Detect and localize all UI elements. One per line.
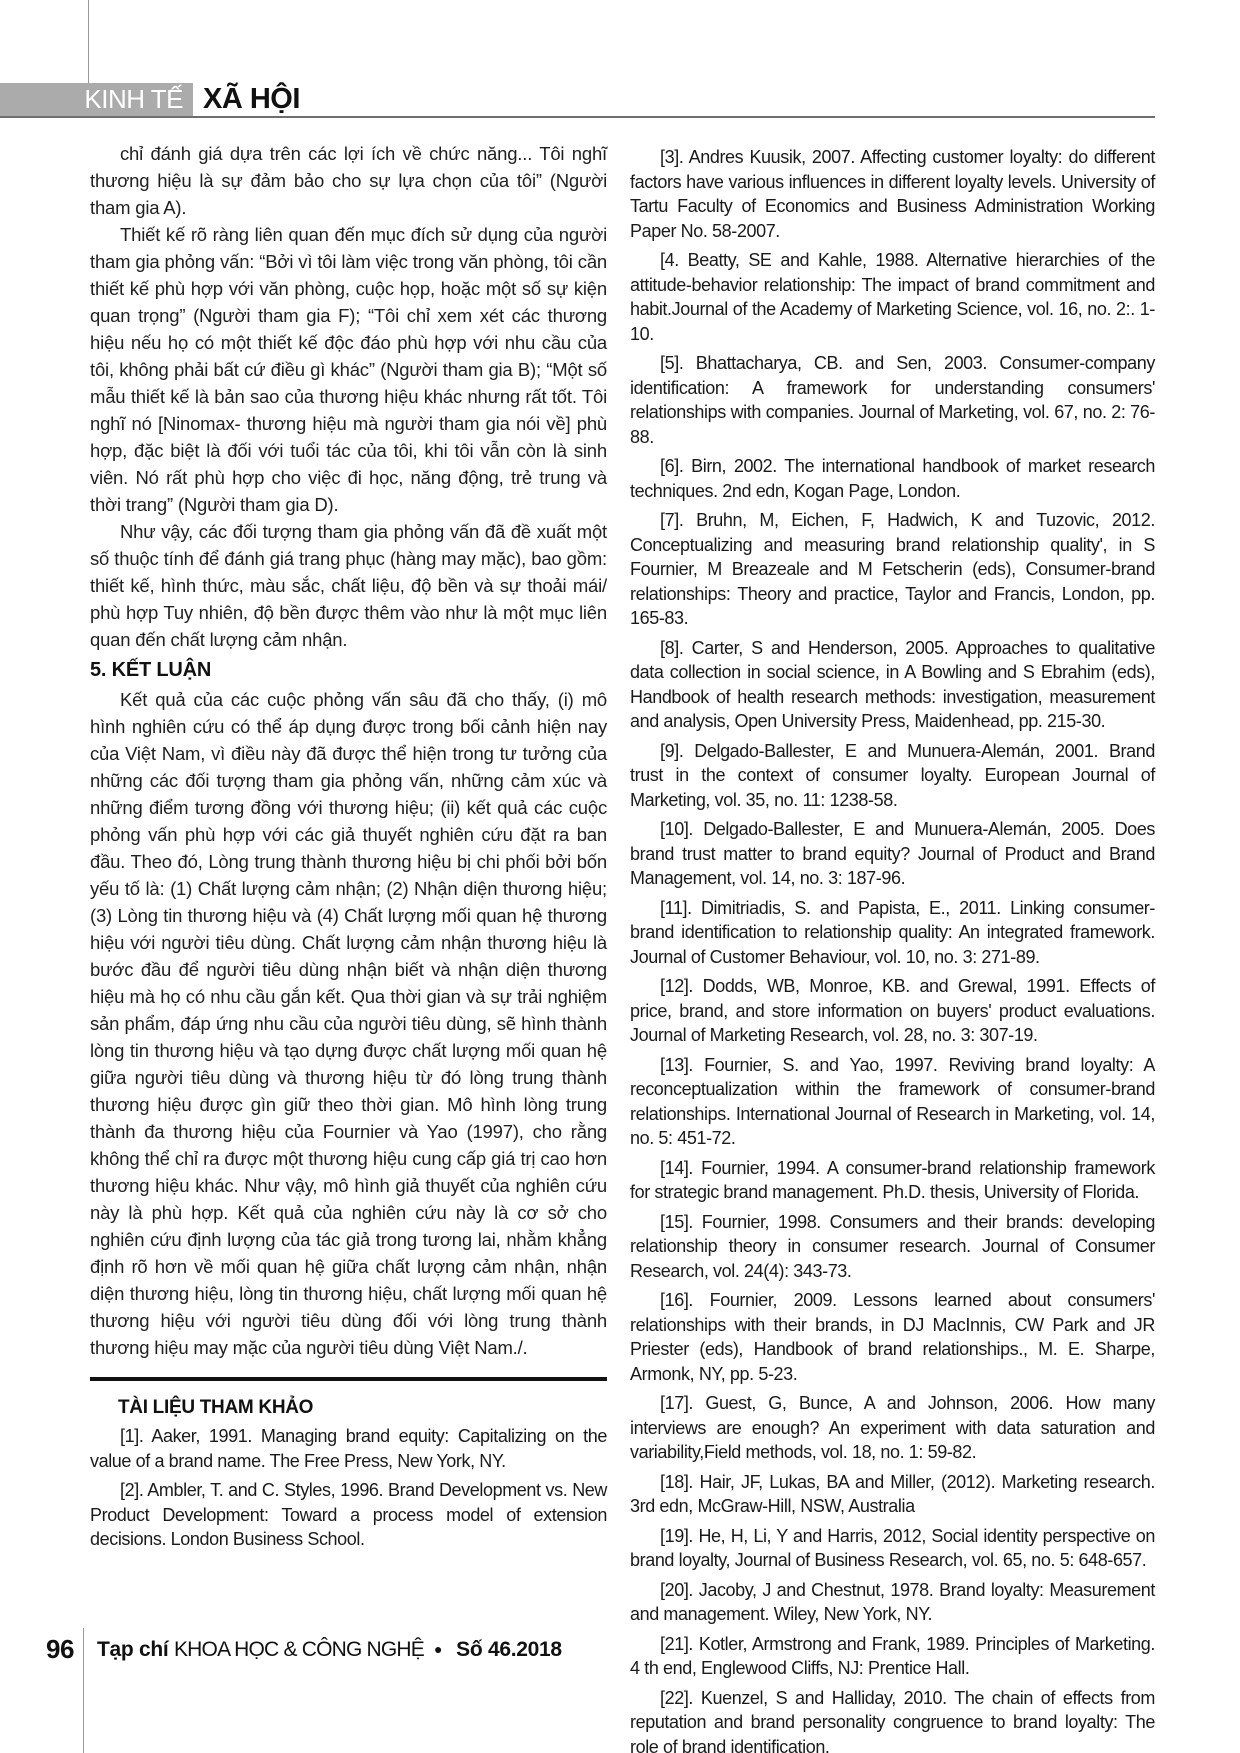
reference-item: [12]. Dodds, WB, Monroe, KB. and Grewal,… bbox=[630, 974, 1155, 1048]
section-label-society: XÃ HỘI bbox=[203, 81, 300, 117]
reference-item: [22]. Kuenzel, S and Halliday, 2010. The… bbox=[630, 1686, 1155, 1753]
reference-item: [15]. Fournier, 1998. Consumers and thei… bbox=[630, 1210, 1155, 1284]
left-column: chỉ đánh giá dựa trên các lợi ích về chứ… bbox=[90, 140, 607, 1552]
journal-footer: Tạp chí KHOA HỌC & CÔNG NGHỆ●Số 46.2018 bbox=[97, 1638, 562, 1662]
reference-item: [1]. Aaker, 1991. Managing brand equity:… bbox=[90, 1424, 607, 1473]
references-heading: TÀI LIỆU THAM KHẢO bbox=[90, 1397, 607, 1419]
reference-item: [13]. Fournier, S. and Yao, 1997. Revivi… bbox=[630, 1053, 1155, 1151]
reference-item: [2]. Ambler, T. and C. Styles, 1996. Bra… bbox=[90, 1478, 607, 1552]
reference-item: [3]. Andres Kuusik, 2007. Affecting cust… bbox=[630, 145, 1155, 243]
reference-item: [18]. Hair, JF, Lukas, BA and Miller, (2… bbox=[630, 1470, 1155, 1519]
right-column: [3]. Andres Kuusik, 2007. Affecting cust… bbox=[630, 140, 1155, 1753]
reference-item: [8]. Carter, S and Henderson, 2005. Appr… bbox=[630, 636, 1155, 734]
reference-item: [7]. Bruhn, M, Eichen, F, Hadwich, K and… bbox=[630, 508, 1155, 631]
conclusion-heading: 5. KẾT LUẬN bbox=[90, 659, 607, 682]
body-paragraph: chỉ đánh giá dựa trên các lợi ích về chứ… bbox=[90, 140, 607, 221]
header-rule bbox=[0, 116, 1155, 118]
journal-prefix: Tạp chí bbox=[97, 1638, 168, 1661]
journal-name: KHOA HỌC & CÔNG NGHỆ bbox=[174, 1638, 424, 1661]
reference-item: [14]. Fournier, 1994. A consumer-brand r… bbox=[630, 1156, 1155, 1205]
reference-item: [5]. Bhattacharya, CB. and Sen, 2003. Co… bbox=[630, 351, 1155, 449]
reference-item: [10]. Delgado-Ballester, E and Munuera-A… bbox=[630, 817, 1155, 891]
reference-item: [19]. He, H, Li, Y and Harris, 2012, Soc… bbox=[630, 1524, 1155, 1573]
conclusion-paragraph: Kết quả của các cuộc phỏng vấn sâu đã ch… bbox=[90, 686, 607, 1361]
body-paragraph: Thiết kế rõ ràng liên quan đến mục đích … bbox=[90, 221, 607, 518]
page-number: 96 bbox=[42, 1634, 78, 1665]
reference-item: [9]. Delgado-Ballester, E and Munuera-Al… bbox=[630, 739, 1155, 813]
body-paragraph: Như vậy, các đối tượng tham gia phỏng vấ… bbox=[90, 518, 607, 653]
reference-item: [6]. Birn, 2002. The international handb… bbox=[630, 454, 1155, 503]
footer-divider-line bbox=[83, 1628, 84, 1753]
references-divider bbox=[90, 1377, 607, 1381]
reference-item: [11]. Dimitriadis, S. and Papista, E., 2… bbox=[630, 896, 1155, 970]
reference-item: [16]. Fournier, 2009. Lessons learned ab… bbox=[630, 1288, 1155, 1386]
reference-item: [17]. Guest, G, Bunce, A and Johnson, 20… bbox=[630, 1391, 1155, 1465]
journal-page: KINH TẾ XÃ HỘI chỉ đánh giá dựa trên các… bbox=[0, 0, 1240, 1753]
reference-item: [21]. Kotler, Armstrong and Frank, 1989.… bbox=[630, 1632, 1155, 1681]
bullet-separator: ● bbox=[434, 1641, 442, 1657]
issue-number: Số 46.2018 bbox=[456, 1638, 562, 1661]
reference-item: [20]. Jacoby, J and Chestnut, 1978. Bran… bbox=[630, 1578, 1155, 1627]
section-label-economy: KINH TẾ bbox=[0, 83, 193, 116]
top-divider-line bbox=[88, 0, 89, 84]
reference-item: [4. Beatty, SE and Kahle, 1988. Alternat… bbox=[630, 248, 1155, 346]
